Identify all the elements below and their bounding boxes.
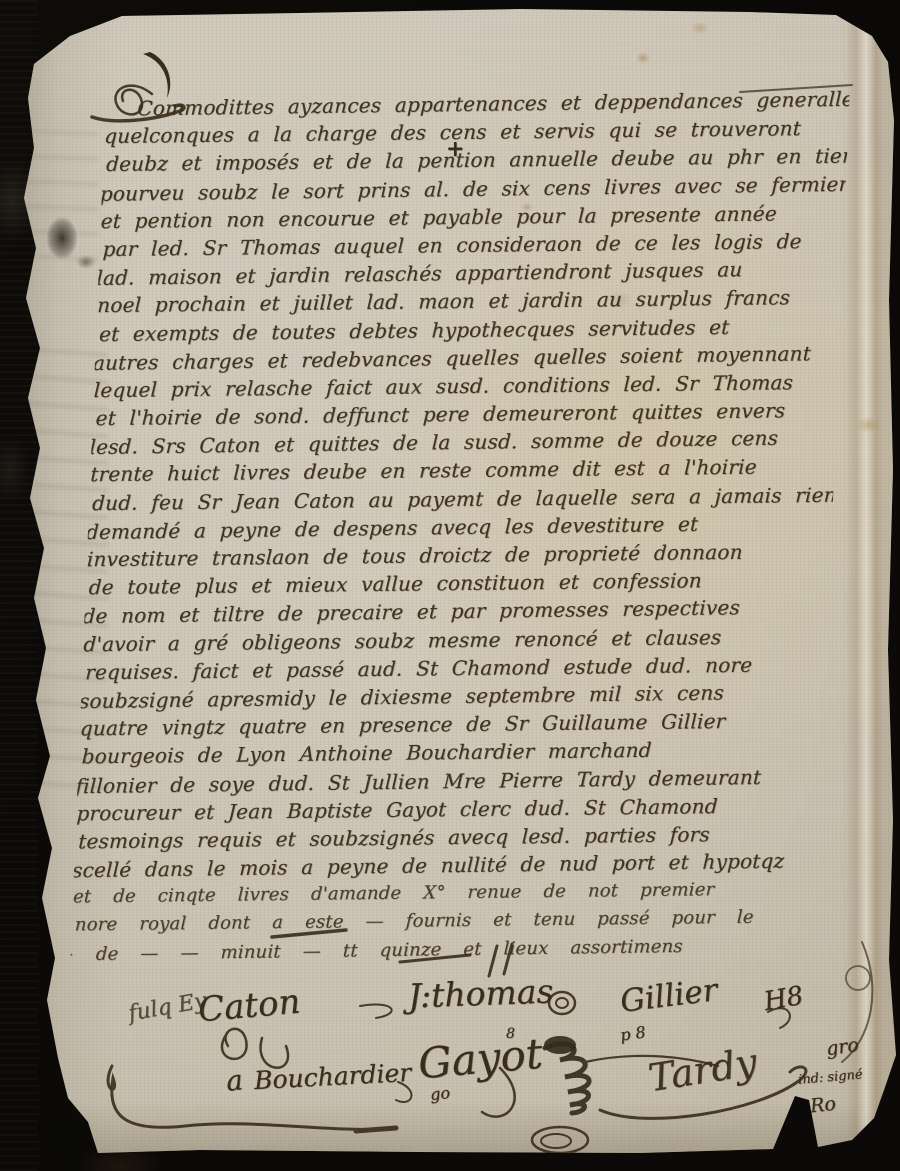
insertion-mark: + [446, 136, 464, 162]
caton-paraph [261, 1038, 288, 1068]
signature-gillier: Gillier [618, 972, 719, 1020]
mark-gro: gro [825, 1034, 860, 1060]
ring-mark [846, 966, 870, 990]
ink-blot-top [544, 1036, 576, 1054]
signature-bouchardier: Bouchardier [253, 1058, 412, 1095]
initial-flourish [143, 52, 170, 98]
caton-tail [360, 1005, 392, 1018]
bottom-squiggle [356, 1128, 396, 1131]
manuscript-paper: Commodittes ayzances appartenances et de… [0, 0, 900, 1171]
mark-signe-note: ind: signé [797, 1067, 863, 1088]
mark-ro: Ro [809, 1093, 837, 1118]
photo-backdrop: Commodittes ayzances appartenances et de… [0, 0, 900, 1171]
signature-caton: Caton [196, 982, 301, 1031]
ink-blot-coil [545, 1044, 589, 1113]
oval-paraph [541, 1134, 571, 1148]
signature-thomas: J:thomas [407, 971, 554, 1015]
mark-eight: 8 [506, 1026, 515, 1042]
verso-showthrough [8, 120, 98, 280]
signature-bouchardier-initial: a [224, 1063, 244, 1098]
signature-gillier-paraph: H8 [762, 981, 806, 1017]
thomas-knot [556, 998, 568, 1008]
signature-gayot: Gayot [416, 1029, 544, 1089]
mark-p8: p 8 [619, 1022, 647, 1044]
oval-paraph [532, 1127, 588, 1153]
signature-gayot-paraph: go [429, 1083, 451, 1104]
signature-tardy: Tardy [645, 1040, 760, 1101]
manuscript-text: Commodittes ayzances appartenances et de… [70, 86, 850, 979]
caton-paraph [222, 1029, 247, 1059]
